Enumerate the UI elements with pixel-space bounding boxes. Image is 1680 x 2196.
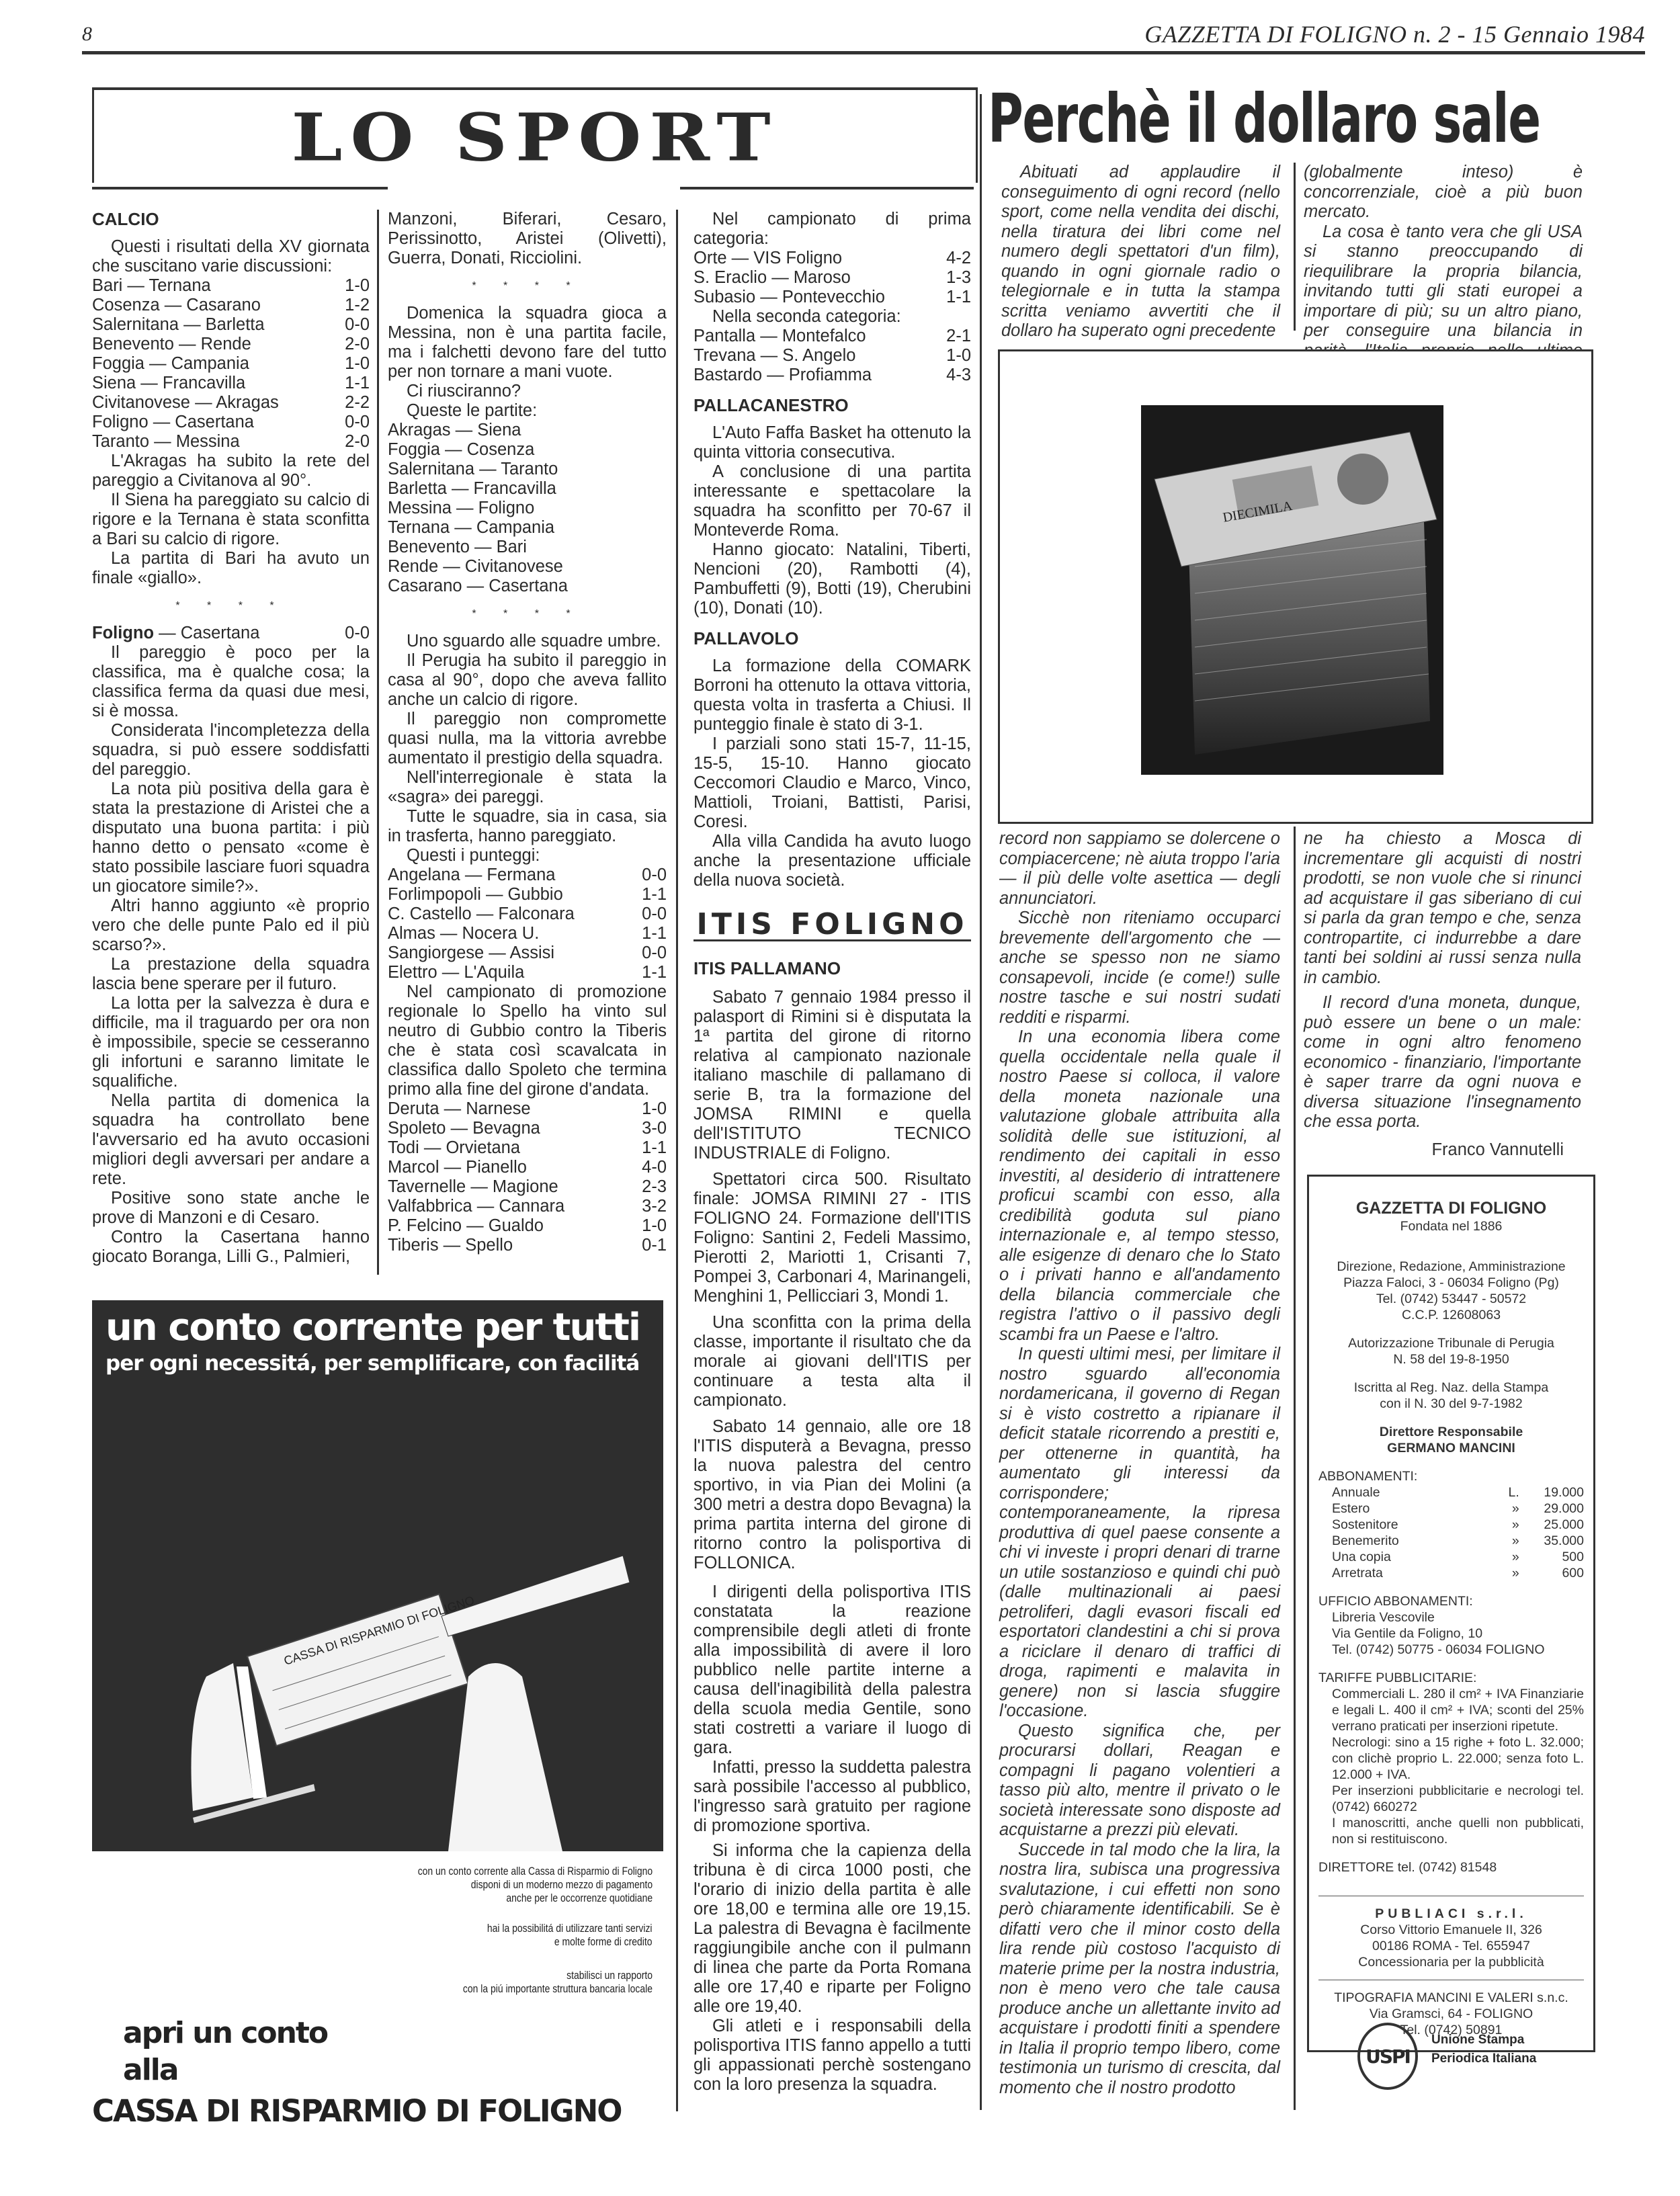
ad-cta: apri un conto (123, 2016, 327, 2050)
paragraph: La partita di Bari ha avuto un finale «g… (92, 549, 370, 588)
sport-title: LO SPORT (94, 99, 976, 175)
calcio-intro: Questi i risultati della XV giornata che… (92, 237, 370, 276)
fixture: Casarano — Casertana (388, 577, 667, 596)
banknote-stack-image: DIECIMILA (1141, 405, 1443, 775)
paragraph: Il Siena ha pareggiato su calcio di rigo… (92, 491, 370, 549)
result-row: S. Eraclio — Maroso1-3 (694, 268, 971, 288)
result-row: C. Castello — Falconara0-0 (388, 904, 667, 924)
ad-cta: alla (123, 2053, 178, 2087)
article-headline: Perchè il dollaro sale (988, 79, 1472, 158)
subscription-row: Una copia» 500 (1318, 1549, 1584, 1565)
ad-copy-1: con un conto corrente alla Cassa di Risp… (418, 1865, 653, 1905)
calcio-column-2: Manzoni, Biferari, Cesaro, Perissinotto,… (388, 210, 667, 1255)
paragraph: I parziali sono stati 15-7, 11-15, 15-5,… (694, 734, 971, 832)
calcio-heading: CALCIO (92, 210, 370, 229)
paragraph: Una sconfitta con la prima della classe,… (694, 1313, 971, 1410)
printer-name: TIPOGRAFIA MANCINI E VALERI s.n.c. (1318, 1990, 1584, 2006)
paragraph: Sabato 14 gennaio, alle ore 18 l'ITIS di… (694, 1417, 971, 1573)
result-row: Foligno — Casertana0-0 (92, 413, 370, 432)
agency-name: PUBLIACI s.r.l. (1318, 1906, 1584, 1922)
paragraph: Il Perugia ha subito il pareggio in casa… (388, 651, 667, 710)
result-row: Salernitana — Barletta0-0 (92, 315, 370, 335)
paragraph: Nella seconda categoria: (694, 307, 971, 327)
paragraph: Ci riusciranno? (388, 382, 667, 401)
foligno-result: Foligno — Casertana 0-0 (92, 624, 370, 643)
paragraph: Questi i punteggi: (388, 846, 667, 865)
paragraph: Altri hanno aggiunto «è proprio vero che… (92, 896, 370, 955)
paragraph: Considerata l'incompletezza della squadr… (92, 721, 370, 779)
paragraph: I dirigenti della polisportiva ITIS cons… (694, 1582, 971, 1758)
paragraph: Sabato 7 gennaio 1984 presso il palaspor… (694, 988, 971, 1163)
paragraph: La prestazione della squadra lascia bene… (92, 955, 370, 994)
header-rule (82, 51, 1645, 54)
result-row: Marcol — Pianello4-0 (388, 1158, 667, 1177)
paragraph: Alla villa Candida ha avuto luogo anche … (694, 832, 971, 890)
paragraph: Positive sono state anche le prove di Ma… (92, 1189, 370, 1228)
result-row: Bari — Ternana1-0 (92, 276, 370, 296)
fixture: Barletta — Francavilla (388, 479, 667, 499)
subscription-row: AnnualeL. 19.000 (1318, 1484, 1584, 1501)
paragraph: Spettatori circa 500. Risultato finale: … (694, 1170, 971, 1306)
result-row: Angelana — Fermana0-0 (388, 865, 667, 885)
sport-column-3: Nel campionato di prima categoria: Orte … (694, 210, 971, 2095)
paragraph: La lotta per la salvezza è dura e diffic… (92, 994, 370, 1091)
uspi-label: Unione Stampa Periodica Italiana (1431, 2031, 1536, 2068)
fixture: Benevento — Bari (388, 538, 667, 557)
result-row: Benevento — Rende2-0 (92, 335, 370, 354)
page-number: 8 (82, 23, 92, 46)
paragraph: Gli atleti e i responsabili della polisp… (694, 2017, 971, 2095)
colophon-box: GAZZETTA DI FOLIGNO Fondata nel 1886 Dir… (1307, 1175, 1595, 2052)
result-row: Almas — Nocera U.1-1 (388, 924, 667, 943)
column-divider (676, 210, 678, 2111)
bank-advertisement: un conto corrente per tutti per ogni nec… (92, 1300, 663, 2167)
paragraph: Domenica la squadra gioca a Messina, non… (388, 304, 667, 382)
paragraph: Il pareggio non compromette quasi nulla,… (388, 710, 667, 768)
paragraph: Nell'interregionale è stata la «sagra» d… (388, 768, 667, 807)
paragraph: Queste le partite: (388, 401, 667, 421)
subscription-row: Benemerito» 35.000 (1318, 1533, 1584, 1549)
paragraph: La formazione della COMARK Borroni ha ot… (694, 657, 971, 734)
result-row: Siena — Francavilla1-1 (92, 374, 370, 393)
ad-copy: con un conto corrente alla Cassa di Risp… (92, 1851, 663, 2167)
uspi-logo: USPI (1357, 2023, 1418, 2090)
pallacanestro-heading: PALLACANESTRO (694, 396, 971, 415)
result-row: Forlimpopoli — Gubbio1-1 (388, 885, 667, 904)
sport-banner: LO SPORT (92, 87, 978, 183)
paragraph: Nel campionato di prima categoria: (694, 210, 971, 249)
paragraph: Nel campionato di promozione regionale l… (388, 982, 667, 1099)
separator: * * * * (92, 596, 370, 616)
result-row: Trevana — S. Angelo1-0 (694, 346, 971, 366)
masthead: GAZZETTA DI FOLIGNO n. 2 - 15 Gennaio 19… (1144, 20, 1645, 48)
article-col4: ne ha chiesto a Mosca di incrementare gl… (1304, 829, 1581, 1160)
calcio-column: CALCIO Questi i risultati della XV giorn… (92, 210, 370, 1267)
result-row: Todi — Orvietana1-1 (388, 1138, 667, 1158)
fixture: Salernitana — Taranto (388, 460, 667, 479)
fixture: Rende — Civitanovese (388, 557, 667, 577)
paragraph: Infatti, presso la suddetta palestra sar… (694, 1758, 971, 1836)
result-row: Elettro — L'Aquila1-1 (388, 963, 667, 982)
colophon-title: GAZZETTA DI FOLIGNO (1318, 1198, 1584, 1218)
result-row: Tiberis — Spello0-1 (388, 1236, 667, 1255)
cheque-hand-illustration: CASSA DI RISPARMIO DI FOLIGNO (92, 1300, 663, 1851)
column-divider (980, 94, 982, 2110)
promozione-results: Deruta — Narnese1-0 Spoleto — Bevagna3-0… (388, 1099, 667, 1255)
uspi-icon: USPI (1357, 2023, 1418, 2090)
paragraph: Hanno giocato: Natalini, Tiberti, Nencio… (694, 540, 971, 618)
banner-rule (680, 187, 974, 189)
fixture: Ternana — Campania (388, 518, 667, 538)
fixture: Messina — Foligno (388, 499, 667, 518)
result-row: Pantalla — Montefalco2-1 (694, 327, 971, 346)
paragraph: L'Auto Faffa Basket ha ottenuto la quint… (694, 423, 971, 462)
ad-copy-3: stabilisci un rapporto con la piú import… (463, 1969, 653, 1996)
result-row: Foggia — Campania1-0 (92, 354, 370, 374)
results-list: Bari — Ternana1-0 Cosenza — Casarano1-2 … (92, 276, 370, 452)
result-row: Bastardo — Profiamma4-3 (694, 366, 971, 385)
result-row: Cosenza — Casarano1-2 (92, 296, 370, 315)
separator: * * * * (388, 276, 667, 296)
fixtures-list: Akragas — Siena Foggia — Cosenza Salerni… (388, 421, 667, 596)
ad-illustration: un conto corrente per tutti per ogni nec… (92, 1300, 663, 1851)
paragraph: Nella partita di domenica la squadra ha … (92, 1091, 370, 1189)
ad-copy-2: hai la possibilitá di utilizzare tanti s… (487, 1922, 653, 1949)
itis-title: ITIS FOLIGNO (694, 915, 971, 934)
interregionale-results: Angelana — Fermana0-0 Forlimpopoli — Gub… (388, 865, 667, 982)
paragraph: A conclusione di una partita interessant… (694, 462, 971, 540)
ad-bank-name: CASSA DI RISPARMIO DI FOLIGNO (92, 2093, 622, 2129)
result-row: Subasio — Pontevecchio1-1 (694, 288, 971, 307)
paragraph: Contro la Casertana hanno giocato Borang… (92, 1228, 370, 1267)
column-divider (1294, 163, 1296, 331)
paragraph: Tutte le squadre, sia in casa, sia in tr… (388, 807, 667, 846)
result-row: Tavernelle — Magione2-3 (388, 1177, 667, 1197)
result-row: Orte — VIS Foligno4-2 (694, 249, 971, 268)
result-row: Civitanovese — Akragas2-2 (92, 393, 370, 413)
result-row: Valfabbrica — Cannara3-2 (388, 1197, 667, 1216)
director-name: GERMANO MANCINI (1318, 1440, 1584, 1456)
paragraph: Uno sguardo alle squadre umbre. (388, 632, 667, 651)
article-author: Franco Vannutelli (1304, 1140, 1581, 1160)
subscription-row: Arretrata» 600 (1318, 1565, 1584, 1581)
column-divider (377, 210, 379, 1275)
result-row: Spoleto — Bevagna3-0 (388, 1119, 667, 1138)
result-row: P. Felcino — Gualdo1-0 (388, 1216, 667, 1236)
paragraph: Il pareggio è poco per la classifica, ma… (92, 643, 370, 721)
banknotes-photo: DIECIMILA (998, 349, 1593, 824)
fixture: Akragas — Siena (388, 421, 667, 440)
subscription-row: Estero» 29.000 (1318, 1501, 1584, 1517)
pallavolo-heading: PALLAVOLO (694, 629, 971, 648)
result-row: Deruta — Narnese1-0 (388, 1099, 667, 1119)
founded: Fondata nel 1886 (1318, 1218, 1584, 1234)
article-intro-col1: Abituati ad applaudire il conseguimento … (1001, 163, 1280, 341)
paragraph: La nota più positiva della gara è stata … (92, 779, 370, 896)
paragraph: L'Akragas ha subito la rete del pareggio… (92, 452, 370, 491)
banner-rule (92, 187, 388, 189)
fixture: Foggia — Cosenza (388, 440, 667, 460)
subscription-row: Sostenitore» 25.000 (1318, 1517, 1584, 1533)
article-intro-col2: (globalmente inteso) è concorrenziale, c… (1304, 163, 1583, 381)
result-row: Taranto — Messina2-0 (92, 432, 370, 452)
separator: * * * * (388, 604, 667, 624)
result-row: Sangiorgese — Assisi0-0 (388, 943, 667, 963)
paragraph: Si informa che la capienza della tribuna… (694, 1841, 971, 2017)
itis-subheading: ITIS PALLAMANO (694, 959, 971, 978)
lineup-continued: Manzoni, Biferari, Cesaro, Perissinotto,… (388, 210, 667, 268)
article-col3: record non sappiamo se dolercene o compi… (999, 829, 1280, 2098)
column-divider (1294, 827, 1296, 2110)
